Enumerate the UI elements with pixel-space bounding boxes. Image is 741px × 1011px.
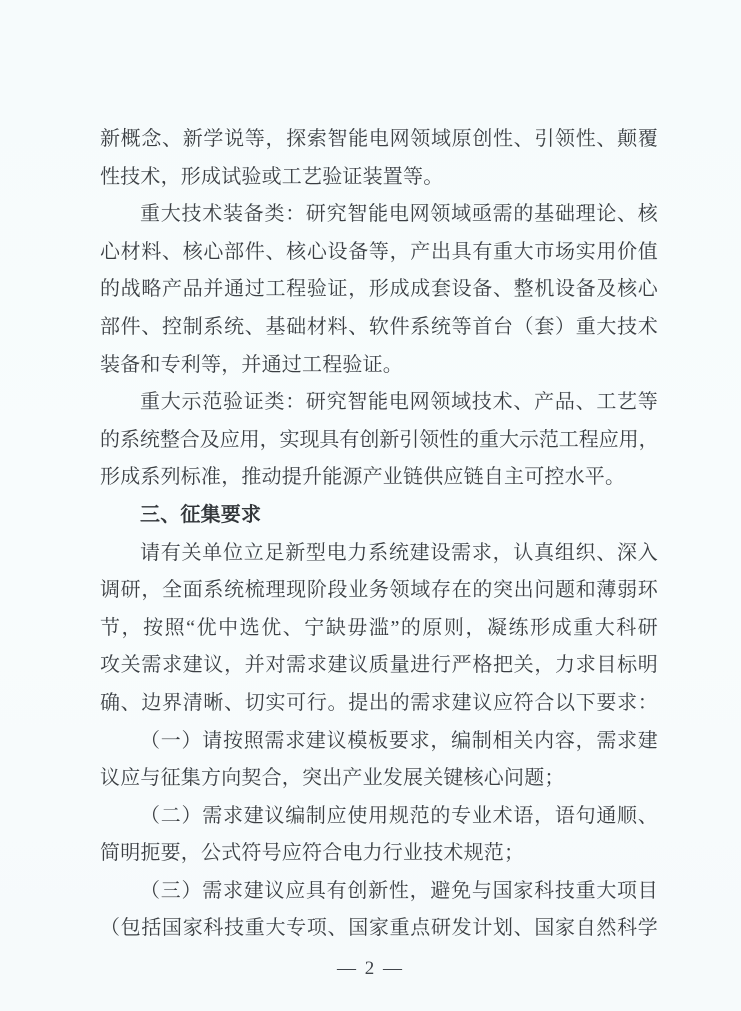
text-line: 调研，全面系统梳理现阶段业务领域存在的突出问题和薄弱环 (100, 572, 658, 610)
text-line: 形成系列标准，推动提升能源产业链供应链自主可控水平。 (100, 459, 658, 497)
text-line: （一）请按照需求建议模板要求，编制相关内容，需求建 (100, 723, 658, 761)
text-line: 装备和专利等，并通过工程验证。 (100, 347, 658, 385)
document-body: 新概念、新学说等，探索智能电网领域原创性、引领性、颠覆 性技术，形成试验或工艺验… (100, 121, 658, 948)
text-line: 议应与征集方向契合，突出产业发展关键核心问题； (100, 760, 658, 798)
text-line: 性技术，形成试验或工艺验证装置等。 (100, 159, 658, 197)
text-line: 重大示范验证类：研究智能电网领域技术、产品、工艺等 (100, 384, 658, 422)
section-heading: 三、征集要求 (100, 497, 658, 535)
page-number: — 2 — (0, 958, 741, 980)
text-line: 简明扼要，公式符号应符合电力行业技术规范； (100, 835, 658, 873)
text-line: 的战略产品并通过工程验证，形成成套设备、整机设备及核心 (100, 271, 658, 309)
text-line: （三）需求建议应具有创新性，避免与国家科技重大项目 (100, 873, 658, 911)
text-line: 部件、控制系统、基础材料、软件系统等首台（套）重大技术 (100, 309, 658, 347)
document-page: 新概念、新学说等，探索智能电网领域原创性、引领性、颠覆 性技术，形成试验或工艺验… (0, 0, 741, 1011)
text-line: 重大技术装备类：研究智能电网领域亟需的基础理论、核 (100, 196, 658, 234)
text-line: 心材料、核心部件、核心设备等，产出具有重大市场实用价值 (100, 234, 658, 272)
text-line: 确、边界清晰、切实可行。提出的需求建议应符合以下要求： (100, 685, 658, 723)
text-line: 请有关单位立足新型电力系统建设需求，认真组织、深入 (100, 535, 658, 573)
text-line: （包括国家科技重大专项、国家重点研发计划、国家自然科学 (100, 910, 658, 948)
text-line: 的系统整合及应用，实现具有创新引领性的重大示范工程应用， (100, 422, 658, 460)
text-line: （二）需求建议编制应使用规范的专业术语，语句通顺、 (100, 798, 658, 836)
text-line: 新概念、新学说等，探索智能电网领域原创性、引领性、颠覆 (100, 121, 658, 159)
text-line: 攻关需求建议，并对需求建议质量进行严格把关，力求目标明 (100, 647, 658, 685)
text-line: 节，按照“优中选优、宁缺毋滥”的原则，凝练形成重大科研 (100, 610, 658, 648)
